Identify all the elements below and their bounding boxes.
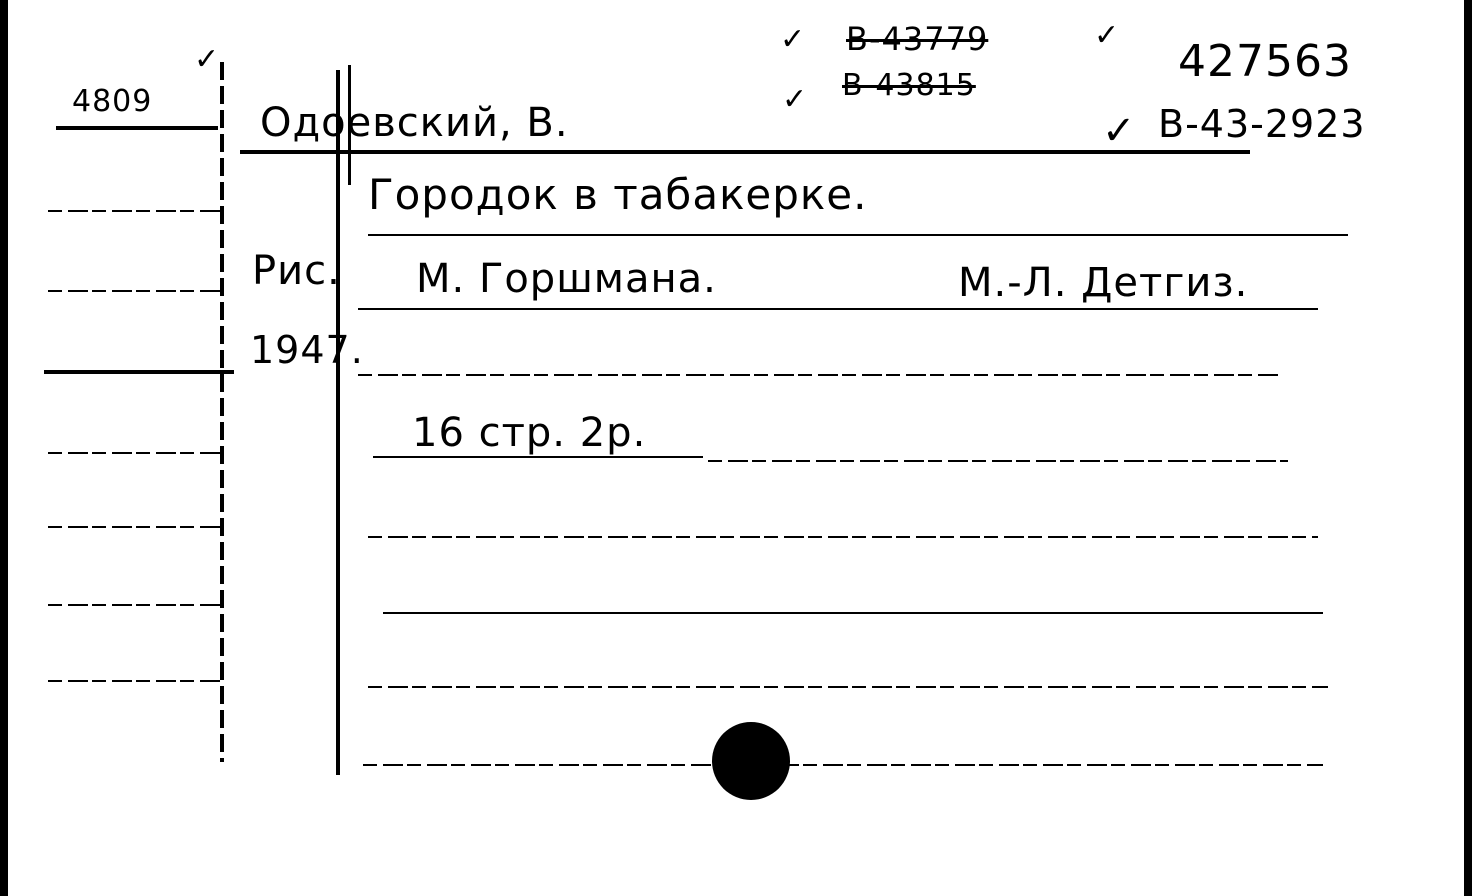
publisher-line: М.-Л. Детгиз. bbox=[958, 260, 1248, 306]
scan-edge-right bbox=[1464, 0, 1472, 896]
catalog-card: 4809 ✓ Одоевский, В. ✓ В-43779 ✓ ✓ В-438… bbox=[8, 0, 1464, 896]
ruled-line bbox=[48, 210, 220, 212]
ruled-line bbox=[44, 370, 234, 374]
struck-inventory-number: В-43815 bbox=[842, 68, 976, 103]
illustrator-line: М. Горшмана. bbox=[416, 256, 717, 302]
left-margin-rule bbox=[220, 62, 224, 762]
ruled-line bbox=[358, 308, 1318, 310]
ruled-line bbox=[368, 536, 1318, 538]
author-heading: Одоевский, В. bbox=[260, 100, 569, 146]
ruled-line bbox=[373, 456, 703, 458]
accession-number: 4809 bbox=[72, 84, 152, 119]
ruled-line bbox=[48, 290, 220, 292]
scan-edge-left bbox=[0, 0, 8, 896]
check-mark-icon: ✓ bbox=[1102, 108, 1136, 154]
corrected-inventory-number: В-43-2923 bbox=[1158, 102, 1366, 146]
ruled-line bbox=[368, 234, 1348, 236]
ruled-line bbox=[358, 374, 1278, 376]
struck-inventory-number: В-43779 bbox=[846, 20, 988, 58]
punch-hole bbox=[712, 722, 790, 800]
check-mark-icon: ✓ bbox=[194, 42, 219, 77]
inventory-number: 427563 bbox=[1178, 36, 1352, 87]
ruled-line bbox=[708, 460, 1288, 462]
heading-underline-left bbox=[56, 126, 218, 130]
ruled-line bbox=[363, 764, 1323, 766]
ruled-line bbox=[48, 680, 220, 682]
heading-underline bbox=[240, 150, 1250, 154]
illustrator-prefix: Рис. bbox=[252, 248, 341, 294]
ruled-line bbox=[48, 604, 220, 606]
ruled-line bbox=[368, 686, 1328, 688]
ruled-line bbox=[383, 612, 1323, 614]
title-line: Городок в табакерке. bbox=[368, 170, 868, 219]
ruled-line bbox=[48, 526, 220, 528]
inner-margin-rule bbox=[336, 70, 340, 775]
check-mark-icon: ✓ bbox=[1094, 18, 1119, 53]
ruled-line bbox=[48, 452, 220, 454]
publication-year: 1947. bbox=[250, 328, 364, 372]
check-mark-icon: ✓ bbox=[780, 22, 805, 57]
check-mark-icon: ✓ bbox=[782, 82, 807, 117]
extent-line: 16 стр. 2р. bbox=[412, 410, 646, 456]
